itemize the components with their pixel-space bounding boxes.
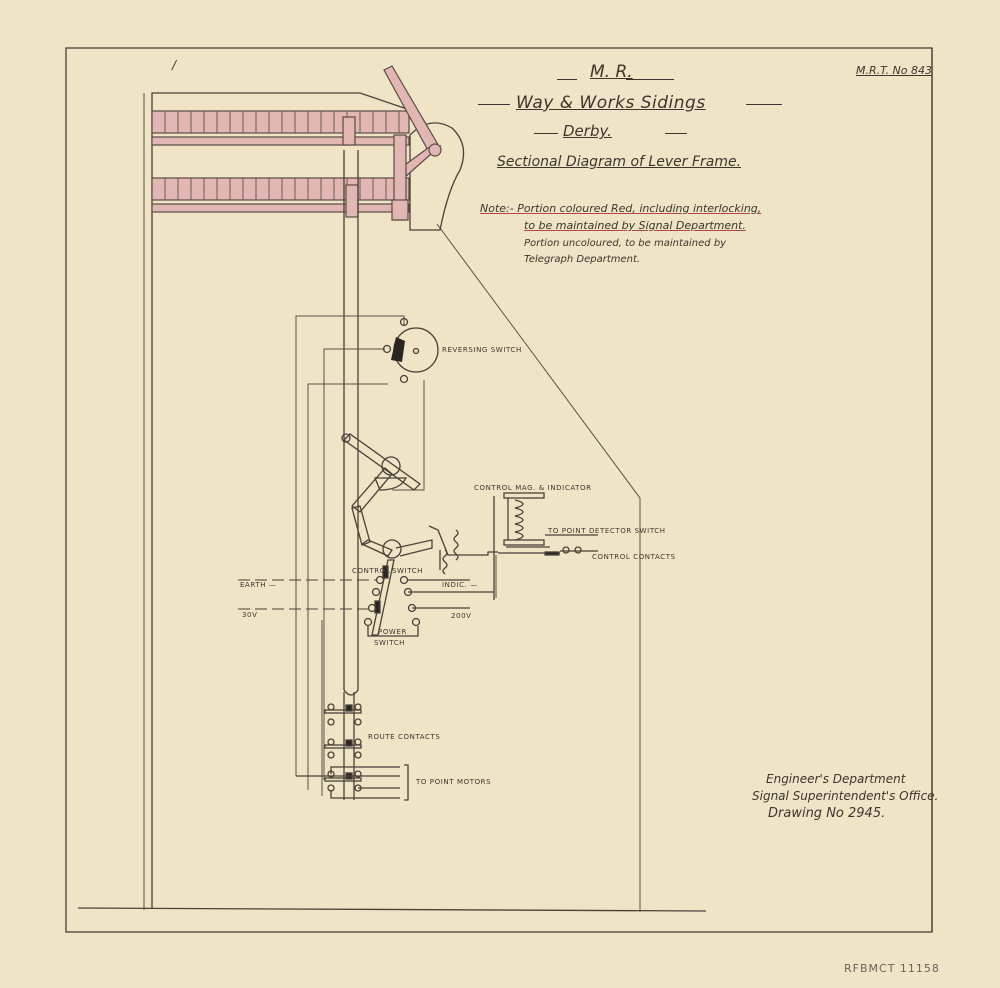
detector-bar: [429, 526, 498, 574]
note-line-4: Telegraph Department.: [524, 254, 640, 265]
note-line-1: Note:- Portion coloured Red, including i…: [480, 202, 761, 215]
title-rule: [557, 79, 577, 80]
drawing-reference: M.R.T. No 843: [856, 64, 932, 77]
label-point-detector: To Point Detector Switch: [548, 527, 666, 535]
crank-linkage: [342, 434, 432, 558]
lever-frame-diagram: [0, 0, 1000, 988]
note-line-3: Portion uncoloured, to be maintained by: [524, 238, 726, 249]
label-point-motors: To Point Motors: [416, 778, 491, 786]
label-30v: 30v: [242, 611, 258, 619]
circuit-wires: [296, 316, 496, 796]
footer-office: Signal Superintendent's Office.: [752, 789, 938, 803]
title-place: Derby.: [563, 122, 612, 140]
label-earth: Earth —: [240, 581, 277, 589]
label-power-switch-a: Power: [378, 628, 407, 636]
note-line-2: to be maintained by Signal Department.: [524, 219, 746, 232]
title-location: Way & Works Sidings: [516, 93, 706, 113]
label-control-switch-a: Control: [352, 567, 390, 575]
footer-drawing-number: Drawing No 2945.: [768, 806, 885, 821]
label-control-contacts: Control Contacts: [592, 553, 676, 561]
reversing-switch: [384, 319, 439, 383]
label-route-contacts: Route Contacts: [368, 733, 440, 741]
label-reversing-switch: Reversing Switch: [442, 346, 522, 354]
title-rule: [478, 104, 510, 105]
title-rule: [746, 104, 782, 105]
label-power-switch-b: Switch: [374, 639, 405, 647]
label-control-switch-b: Switch: [392, 567, 423, 575]
route-contacts: [296, 692, 408, 800]
footer-department: Engineer's Department: [766, 772, 905, 786]
control-magnet: [494, 493, 598, 600]
label-control-magnet: Control Mag. & Indicator: [474, 484, 592, 492]
title-rule: [534, 133, 558, 134]
label-200v: 200v: [451, 612, 472, 620]
drawing-sheet: M. R. Way & Works Sidings Derby. Section…: [0, 0, 1000, 988]
title-rule: [665, 133, 687, 134]
lever-quadrant: [410, 123, 464, 230]
label-indic: Indic. —: [442, 581, 478, 589]
title-rule: [626, 79, 674, 80]
archive-stamp: RFBMCT 11158: [844, 962, 940, 975]
corner-mark: /: [172, 58, 176, 72]
title-subtitle: Sectional Diagram of Lever Frame.: [497, 154, 741, 170]
